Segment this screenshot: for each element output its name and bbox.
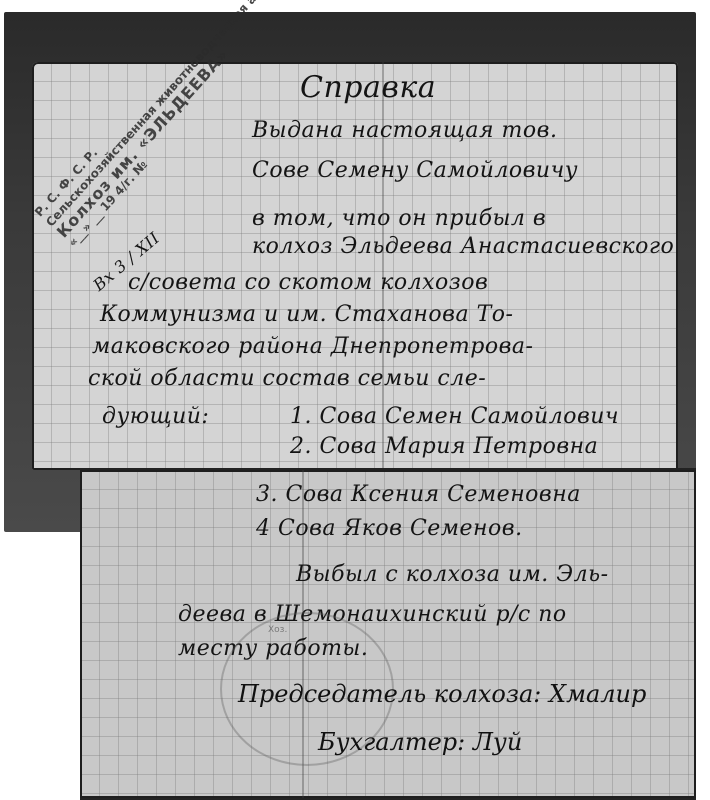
body-line: с/совета со скотом колхозов	[128, 270, 488, 295]
family-member-name: Сова Ксения Семеновна	[286, 482, 581, 507]
family-member-number: 1.	[290, 404, 312, 429]
family-member-number: 4	[256, 516, 271, 541]
accountant-signature-line: Бухгалтер: Луй	[318, 728, 522, 756]
body-line: ской области состав семьи сле-	[88, 366, 486, 391]
body-line: Сове Семену Самойловичу	[252, 158, 578, 183]
body-line: маковского района Днепропетрова-	[92, 334, 533, 359]
body-line: Коммунизма и им. Стаханова То-	[100, 302, 513, 327]
chairman-signature-line: Председатель колхоза: Хмалир	[238, 680, 646, 708]
seal-text: Хоз.	[268, 625, 287, 635]
body-line: колхоз Эльдеева Анастасиевского	[252, 234, 674, 259]
family-member-item: 4 Сова Яков Семенов.	[256, 516, 523, 541]
accountant-signature: Луй	[473, 728, 522, 756]
family-member-number: 2.	[290, 434, 312, 459]
chairman-label: Председатель колхоза:	[238, 680, 541, 708]
family-member-item: 2. Сова Мария Петровна	[290, 434, 598, 459]
family-member-name: Сова Семен Самойлович	[320, 404, 620, 429]
body-line: Выдана настоящая тов.	[252, 118, 557, 143]
family-member-number: 3.	[256, 482, 278, 507]
body-line: в том, что он прибыл в	[252, 206, 546, 231]
family-member-name: Сова Яков Семенов.	[278, 516, 523, 541]
family-member-item: 1. Сова Семен Самойлович	[290, 404, 619, 429]
body-line: дующий:	[102, 404, 209, 429]
departure-line: деева в Шемонаихинский р/с по	[178, 602, 567, 627]
family-member-name: Сова Мария Петровна	[320, 434, 599, 459]
family-member-item: 3. Сова Ксения Семеновна	[256, 482, 581, 507]
document-title: Справка	[300, 70, 436, 105]
departure-line: Выбыл с колхоза им. Эль-	[296, 562, 609, 587]
accountant-label: Бухгалтер:	[318, 728, 465, 756]
chairman-signature: Хмалир	[549, 680, 646, 708]
